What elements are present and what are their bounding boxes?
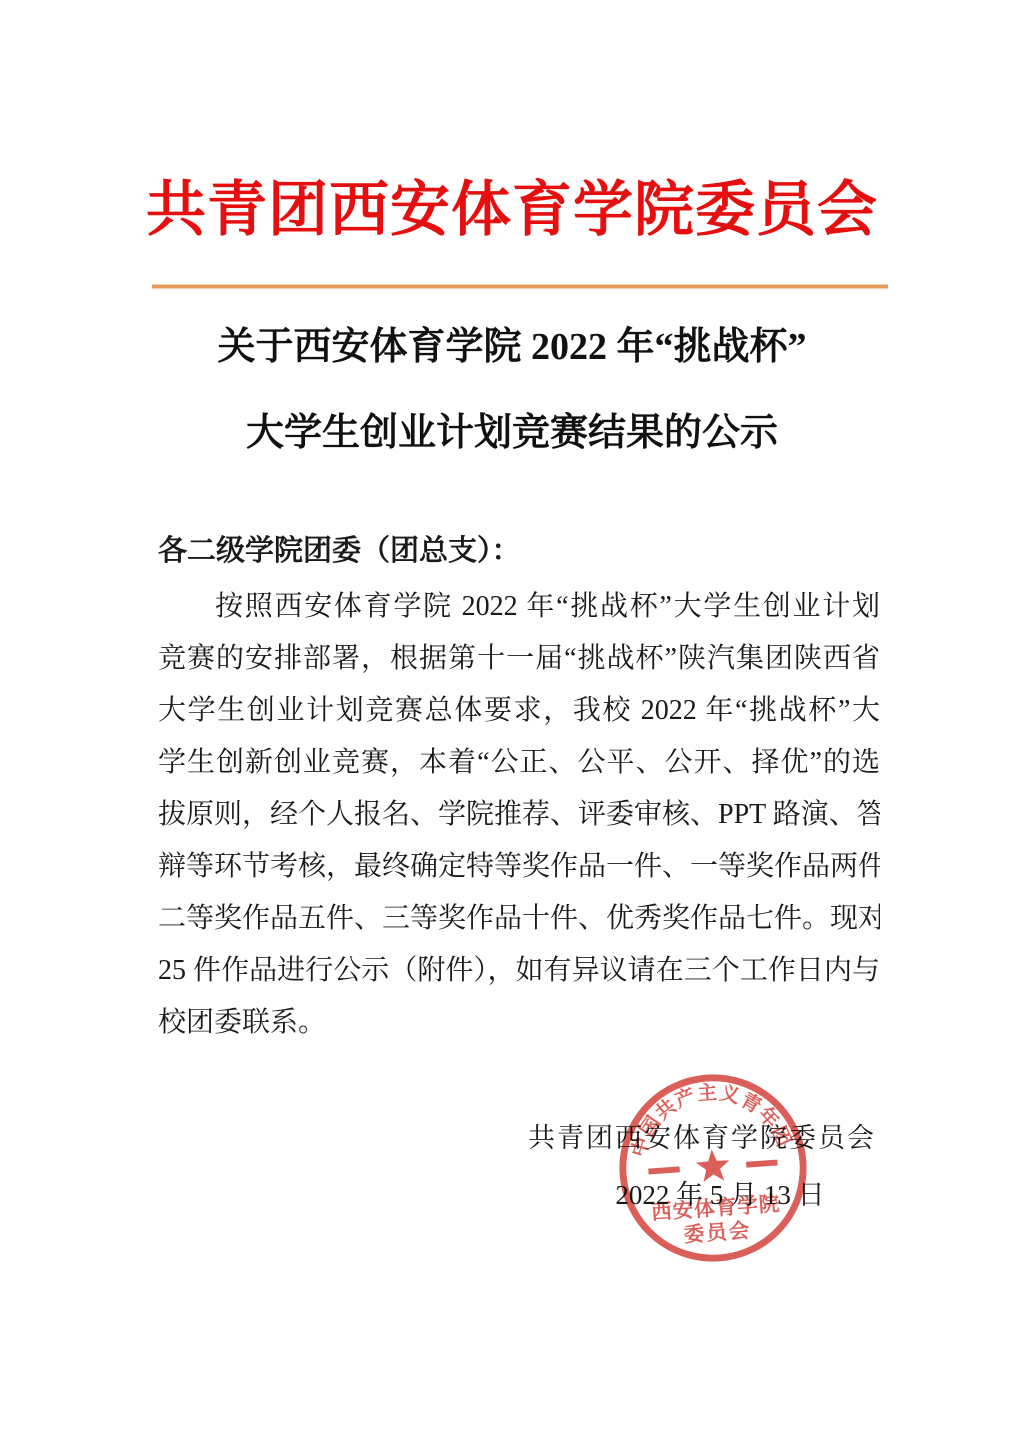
letterhead-title: 共青团西安体育学院委员会 [142,166,882,256]
body-line: 辩等环节考核，最终确定特等奖作品一件、一等奖作品两件、 [158,841,880,893]
document-title-line2: 大学生创业计划竞赛结果的公示 [142,413,882,453]
stamp-ring-text-holder: 中国共产主义青年团 [622,1076,795,1162]
letterhead-divider [152,285,888,288]
body-line: 25 件作品进行公示（附件），如有异议请在三个工作日内与 [158,945,880,997]
stamp-right-dash [746,1160,778,1168]
document-title-line1: 关于西安体育学院 2022 年“挑战杯” [142,327,882,367]
body-line: 大学生创业计划竞赛总体要求，我校 2022 年“挑战杯”大 [158,685,880,737]
body-paragraph: 按照西安体育学院 2022 年“挑战杯”大学生创业计划竞赛的安排部署，根据第十一… [158,581,880,1049]
body-line: 校团委联系。 [158,997,880,1049]
body-line: 竞赛的安排部署，根据第十一届“挑战杯”陕汽集团陕西省 [158,633,880,685]
stamp-ring-text: 中国共产主义青年团 [622,1076,795,1162]
document-page: 共青团西安体育学院委员会 关于西安体育学院 2022 年“挑战杯” 大学生创业计… [0,0,1024,1448]
body-line: 按照西安体育学院 2022 年“挑战杯”大学生创业计划 [158,581,880,633]
stamp-left-dash [648,1166,680,1174]
stamp-star-icon [695,1148,731,1182]
body-line: 拔原则，经个人报名、学院推荐、评委审核、PPT 路演、答 [158,789,880,841]
body-line: 学生创新创业竞赛，本着“公正、公平、公开、择优”的选 [158,737,880,789]
official-seal-stamp: 中国共产主义青年团 西安体育学院 委员会 [608,1063,817,1272]
salutation: 各二级学院团委（团总支）： [158,534,880,568]
document-title: 关于西安体育学院 2022 年“挑战杯” 大学生创业计划竞赛结果的公示 [142,327,882,453]
body-line: 二等奖作品五件、三等奖作品十件、优秀奖作品七件。现对 [158,893,880,945]
stamp-org-committee: 委员会 [683,1218,752,1247]
stamp-org-name: 西安体育学院 [650,1191,781,1224]
